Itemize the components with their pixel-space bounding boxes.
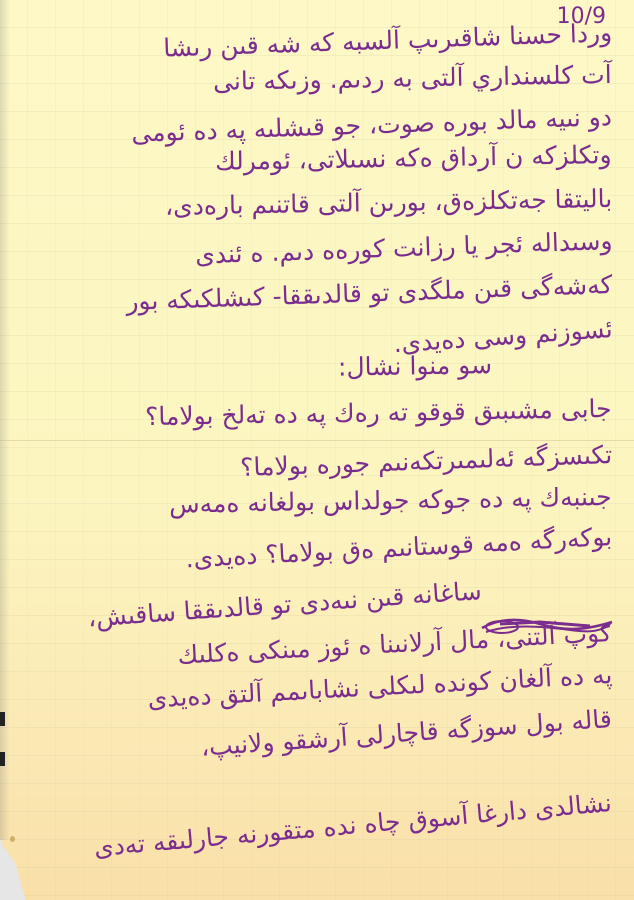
text-line-5: باليتقا جەتكلزەق، بورىن آلتى قاتنىم بارە… bbox=[165, 186, 613, 219]
text-line-14: ساغانە قىن نىەدى تو قالدىققا ساقىش، bbox=[88, 578, 483, 630]
text-line-15: كوپ آلتنى، مال آرلانىنا ە ئوز مىنكى ەكلى… bbox=[177, 620, 612, 668]
text-line-17: قاله بول سوزگه قاچارلى آرشقو ولانيپ، bbox=[200, 706, 612, 760]
binder-mark bbox=[0, 712, 5, 726]
text-line-10: جابى مشىبىق قوقو ته رەك په ده تەلخ بولام… bbox=[145, 396, 612, 429]
text-line-16: په ده آلغان كوندە لىكلى نشاباىمم آلتق دە… bbox=[147, 662, 613, 711]
text-line-3: دو نىيه مالد بوره صوت، جو قىشلىه په ده ئ… bbox=[131, 104, 612, 146]
binder-mark bbox=[0, 752, 5, 766]
text-line-1: وردا حسنا شاقىرىپ آلسبه كه شه قىن رىشا bbox=[163, 20, 613, 61]
text-line-7: كەشەگى قىن ملگدى تو قالدىققا- كىشلكىكه ب… bbox=[125, 272, 612, 314]
text-line-13: بوكەرگە ەمە قوستانىم ەق بولاما؟ دەيدى. bbox=[185, 524, 613, 571]
text-line-11: تكىسزگە ئەلىمىرتكەنىم جوره بولاما؟ bbox=[240, 442, 613, 480]
ink-stain bbox=[10, 836, 15, 842]
text-line-6: وسىدالە ئجر يا رزانت كورەە دىم. ە ئندى bbox=[194, 228, 612, 268]
text-line-2: آت كلسنداري آلتى به ردىم. وزىكه تانى bbox=[213, 62, 612, 94]
text-line-18: نشالدى دارغا آسوق چاە نده متقورنه جارلىق… bbox=[93, 790, 613, 860]
handwritten-text: وردا حسنا شاقىرىپ آلسبه كه شه قىن رىشا آ… bbox=[18, 0, 612, 900]
text-line-4: وتكلزكه ن آرداق ەكه نسىلاتى، ئومرلك bbox=[215, 142, 612, 174]
text-line-9: سو منوا نشال: bbox=[338, 352, 492, 380]
text-line-12: جىنبەك په ده جوكه جولداس بولغانە ەمەس bbox=[169, 484, 612, 517]
